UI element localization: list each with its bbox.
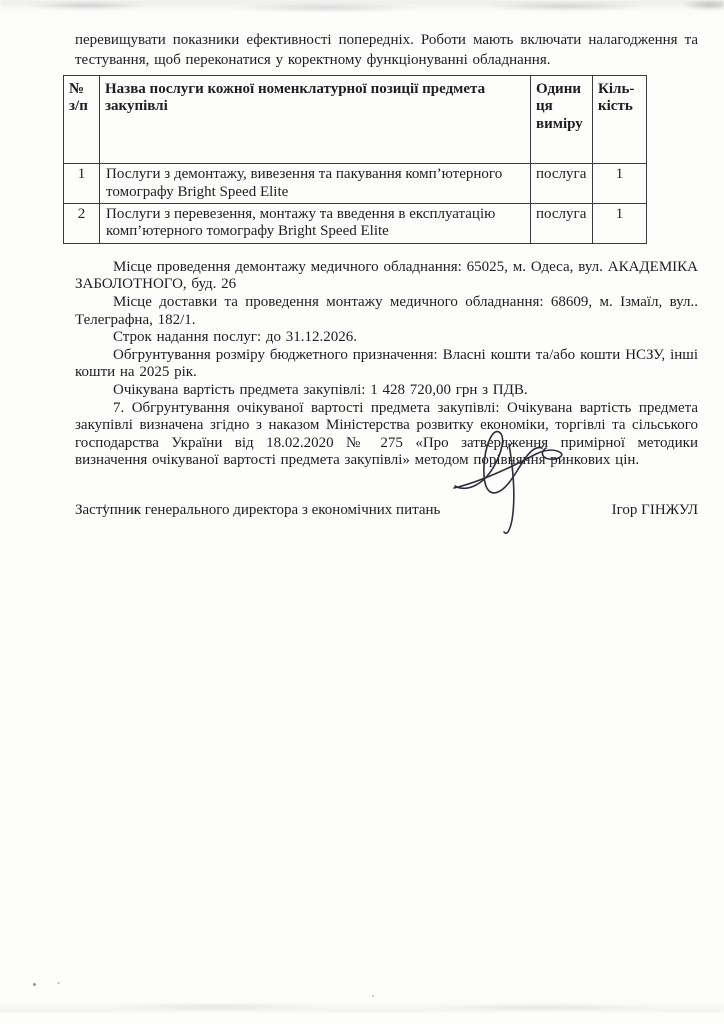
paragraph-service-term: Строк надання послуг: до 31.12.2026. [75, 329, 698, 347]
quantity-cell: 1 [593, 204, 647, 244]
paragraph-demontage-location: Місце проведення демонтажу медичного обл… [75, 259, 698, 294]
unit-cell: послуга [531, 204, 593, 244]
item-number-cell: 2 [64, 204, 100, 244]
quantity-cell: 1 [593, 164, 647, 204]
table-row: 2 Послуги з перевезення, монтажу та введ… [64, 204, 647, 244]
paragraph-budget-justification: Обгрунтування розміру бюджетного признач… [75, 347, 698, 382]
scan-noise-top-edge [0, 0, 724, 14]
scan-speck [372, 995, 374, 997]
intro-paragraph: перевищувати показники ефективності попе… [75, 31, 698, 70]
paragraph-value-justification: 7. Обгрунтування очікуваної вартості пре… [75, 400, 698, 470]
scan-noise-bottom-edge [0, 1001, 724, 1012]
document-page: перевищувати показники ефективності попе… [0, 0, 724, 1024]
table-header-row: № з/п Назва послуги кожної номенклатурно… [64, 76, 647, 164]
signer-name: Ігор ГІНЖУЛ [612, 501, 698, 519]
unit-cell: послуга [531, 164, 593, 204]
service-name-cell: Послуги з демонтажу, вивезення та пакува… [100, 164, 531, 204]
table-row: 1 Послуги з демонтажу, вивезення та паку… [64, 164, 647, 204]
header-service-name: Назва послуги кожної номенклатурної пози… [100, 76, 531, 164]
paragraph-delivery-location: Місце доставки та проведення монтажу мед… [75, 294, 698, 329]
document-content: перевищувати показники ефективності попе… [75, 31, 698, 519]
service-name-cell: Послуги з перевезення, монтажу та введен… [100, 204, 531, 244]
item-number-cell: 1 [64, 164, 100, 204]
signature-block: Заступник генерального директора з еконо… [75, 501, 698, 519]
scan-speck [57, 982, 60, 984]
header-item-number: № з/п [64, 76, 100, 164]
paragraph-expected-value: Очікувана вартість предмета закупівлі: 1… [75, 382, 698, 400]
header-unit-of-measure: Одини ця виміру [531, 76, 593, 164]
procurement-items-table: № з/п Назва послуги кожної номенклатурно… [63, 75, 647, 244]
scan-speck [33, 983, 36, 986]
signer-position-title: Заступник генерального директора з еконо… [75, 501, 440, 519]
header-quantity: Кіль- кість [593, 76, 647, 164]
